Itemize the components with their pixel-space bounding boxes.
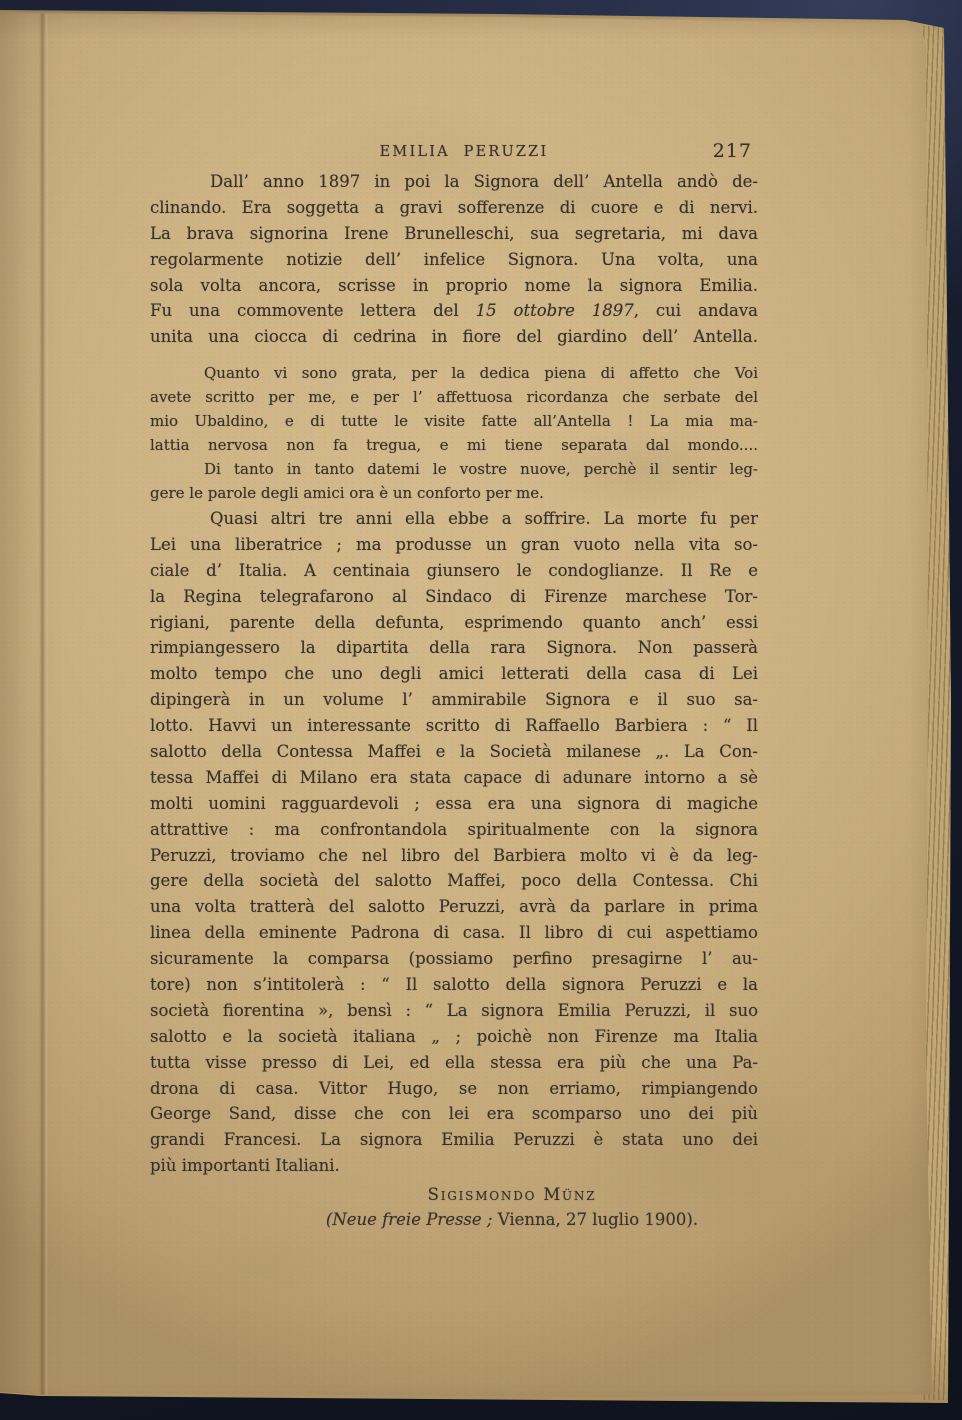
publication-line: (Neue freie Presse ; Vienna, 27 luglio 1… xyxy=(208,1206,816,1233)
text-line: avete scritto per me, e per l’ affettuos… xyxy=(150,385,758,409)
text-line: unita una ciocca di cedrina in fiore del… xyxy=(150,324,758,350)
text-line: molto tempo che uno degli amici letterat… xyxy=(150,661,758,687)
text-line: Quanto vi sono grata, per la dedica pien… xyxy=(150,361,758,385)
text-line: molti uomini ragguardevoli ; essa era un… xyxy=(150,791,758,817)
quoted-letter-paragraph: Quanto vi sono grata, per la dedica pien… xyxy=(150,361,758,457)
text-line: società fiorentina », bensì : “ La signo… xyxy=(150,998,758,1024)
text-line: gere le parole degli amici ora è un conf… xyxy=(150,481,758,505)
text-line: George Sand, disse che con lei era scomp… xyxy=(150,1101,758,1127)
text-line: rimpiangessero la dipartita della rara S… xyxy=(150,635,758,661)
text-line: mio Ubaldino, e di tutte le visite fatte… xyxy=(150,409,758,433)
text-line: regolarmente notizie dell’ infelice Sign… xyxy=(150,247,758,273)
text-line: dipingerà in un volume l’ ammirabile Sig… xyxy=(150,687,758,713)
text-line: gere della società del salotto Maffei, p… xyxy=(150,868,758,894)
text-line: attrattive : ma confrontandola spiritual… xyxy=(150,817,758,843)
text-line: la Regina telegrafarono al Sindaco di Fi… xyxy=(150,584,758,610)
text-line: rigiani, parente della defunta, esprimen… xyxy=(150,610,758,636)
signature-block: Sigismondo Münz (Neue freie Presse ; Vie… xyxy=(208,1184,816,1233)
paragraph-opening: Dall’ anno 1897 in poi la Signora dell’ … xyxy=(150,169,758,350)
text-line: tore) non s’intitolerà : “ Il salotto de… xyxy=(150,972,758,998)
running-title: EMILIA PERUZZI xyxy=(380,144,549,160)
text-line: tessa Maffei di Milano era stata capace … xyxy=(150,765,758,791)
text-line: Fu una commovente lettera del 15 ottobre… xyxy=(150,298,758,324)
text-column: EMILIA PERUZZI 217 Dall’ anno 1897 in po… xyxy=(150,0,758,1420)
text-line: sicuramente la comparsa (possiamo perfin… xyxy=(150,946,758,972)
text-line: La brava signorina Irene Brunelleschi, s… xyxy=(150,221,758,247)
page-header: EMILIA PERUZZI 217 xyxy=(150,140,758,164)
text-line: Di tanto in tanto datemi le vostre nuove… xyxy=(150,457,758,481)
text-line: una volta tratterà del salotto Peruzzi, … xyxy=(150,894,758,920)
quoted-letter-paragraph: Di tanto in tanto datemi le vostre nuove… xyxy=(150,457,758,505)
text-line: più importanti Italiani. xyxy=(150,1153,758,1179)
text-line: lattia nervosa non fa tregua, e mi tiene… xyxy=(150,433,758,457)
page-number: 217 xyxy=(713,140,752,162)
text-line: grandi Francesi. La signora Emilia Peruz… xyxy=(150,1127,758,1153)
text-line: drona di casa. Vittor Hugo, se non erria… xyxy=(150,1076,758,1102)
publication-date: Vienna, 27 luglio 1900). xyxy=(492,1210,698,1229)
author-name: Sigismondo Münz xyxy=(208,1184,816,1206)
text-line: sola volta ancora, scrisse in proprio no… xyxy=(150,273,758,299)
paragraph-main: Quasi altri tre anni ella ebbe a soffrir… xyxy=(150,506,758,1179)
text-line: tutta visse presso di Lei, ed ella stess… xyxy=(150,1050,758,1076)
publication-name: (Neue freie Presse ; xyxy=(326,1210,493,1229)
text-line: clinando. Era soggetta a gravi sofferenz… xyxy=(150,195,758,221)
text-line: lotto. Havvi un interessante scritto di … xyxy=(150,713,758,739)
text-line: Quasi altri tre anni ella ebbe a soffrir… xyxy=(150,506,758,532)
text-line: salotto e la società italiana „ ; poichè… xyxy=(150,1024,758,1050)
book-page: EMILIA PERUZZI 217 Dall’ anno 1897 in po… xyxy=(0,0,962,1420)
gutter-crease xyxy=(39,0,48,1420)
text-line: ciale d’ Italia. A centinaia giunsero le… xyxy=(150,558,758,584)
text-line: Peruzzi, troviamo che nel libro del Barb… xyxy=(150,843,758,869)
book-scan: EMILIA PERUZZI 217 Dall’ anno 1897 in po… xyxy=(0,0,962,1420)
text-line: linea della eminente Padrona di casa. Il… xyxy=(150,920,758,946)
text-line: Lei una liberatrice ; ma produsse un gra… xyxy=(150,532,758,558)
text-line: salotto della Contessa Maffei e la Socie… xyxy=(150,739,758,765)
text-line: Dall’ anno 1897 in poi la Signora dell’ … xyxy=(150,169,758,195)
